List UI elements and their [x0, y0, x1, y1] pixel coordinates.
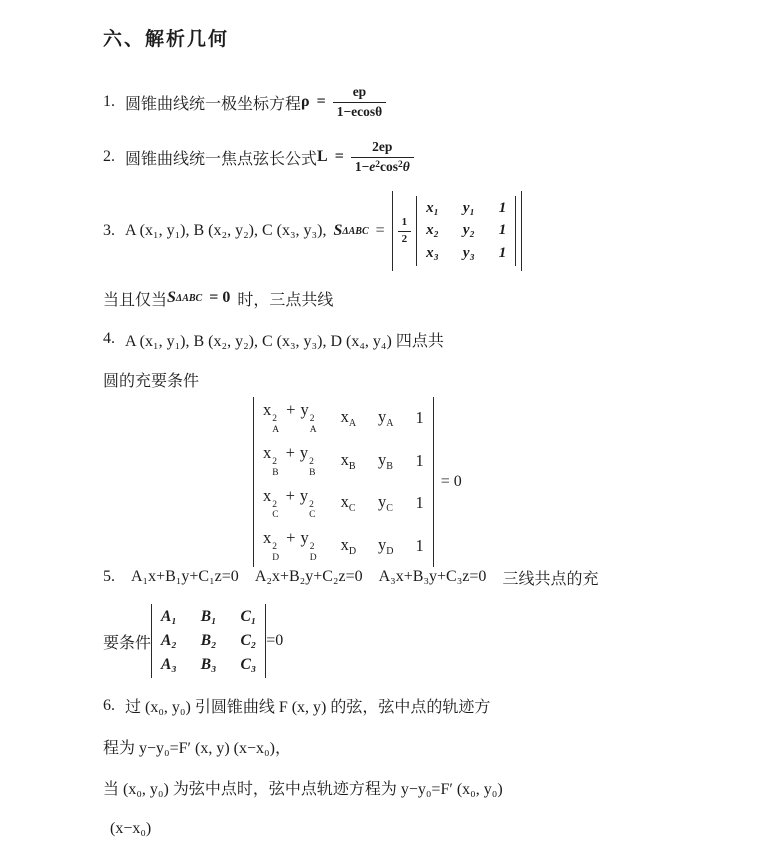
- exponent: 2: [310, 414, 315, 425]
- area-symbol: S: [167, 289, 176, 307]
- document-page: 六、解析几何 1. 圆锥曲线统一极坐标方程 ρ = ep 1−ecosθ 2. …: [0, 0, 771, 846]
- den-theta: θ: [403, 159, 410, 174]
- equals-zero: =0: [266, 632, 283, 650]
- exponent: 2: [309, 457, 314, 468]
- point-sub: D: [272, 553, 279, 564]
- var-x: x: [263, 528, 271, 547]
- item-6-line3: 当 (x₀, y₀) 为弦中点时，弦中点轨迹方程为 y−y₀=F′ (x₀, y…: [103, 767, 725, 808]
- fraction-denominator: 1−e2cos2θ: [351, 157, 414, 175]
- point-sub: A: [349, 418, 356, 429]
- matrix-3x3: x₁y₁1 x₂y₂1 x₃y₃1: [426, 199, 506, 264]
- sup-sub: 2B: [309, 457, 315, 479]
- exponent: 2: [272, 457, 277, 468]
- determinant-3x3: x₁y₁1 x₂y₂1 x₃y₃1: [416, 196, 516, 267]
- matrix-cell: 1: [416, 408, 424, 428]
- var-y: y: [300, 400, 308, 419]
- line-equation-2: A₂x+B₂y+C₂z=0: [255, 568, 363, 586]
- matrix-cell: C₁: [241, 607, 257, 627]
- matrix-cell: x2B+y2B: [263, 443, 319, 479]
- item-3: 3. A (x₁, y₁), B (x₂, y₂), C (x₃, y₃), S…: [103, 185, 725, 277]
- matrix-cell: B₃: [201, 655, 217, 675]
- determinant-4x4: x2A+y2A xA yA 1 x2B+y2B xB yB 1 x2C+y2C …: [253, 397, 434, 567]
- matrix-4x4: x2A+y2A xA yA 1 x2B+y2B xB yB 1 x2C+y2C …: [263, 400, 424, 564]
- matrix-cell: xC: [341, 492, 356, 514]
- var-x: x: [341, 535, 349, 554]
- absolute-value-group: 1 2 x₁y₁1 x₂y₂1 x₃y₃1: [392, 191, 523, 272]
- exponent: 2: [272, 542, 277, 553]
- area-subscript: ΔABC: [342, 226, 368, 237]
- item-5-prefix: 要条件: [103, 630, 151, 653]
- item-2-symbol: L: [317, 148, 328, 166]
- item-2: 2. 圆锥曲线统一焦点弦长公式 L = 2ep 1−e2cos2θ: [103, 129, 725, 185]
- matrix-cell: yD: [378, 535, 393, 557]
- matrix-cell: A₃: [161, 655, 177, 675]
- concurrent-condition-block: 要条件 A₁B₁C₁ A₂B₂C₂ A₃B₃C₃ =0: [103, 597, 725, 685]
- fraction-denominator: 1−ecosθ: [333, 102, 386, 120]
- sup-sub: 2B: [272, 457, 278, 479]
- area-subscript: ΔABC: [176, 293, 202, 304]
- item-2-fraction: 2ep 1−e2cos2θ: [351, 139, 414, 174]
- item-6-line1: 6. 过 (x₀, y₀) 引圆锥曲线 F (x, y) 的弦，弦中点的轨迹方: [103, 685, 725, 726]
- item-2-number: 2.: [103, 148, 115, 166]
- item-1-fraction: ep 1−ecosθ: [333, 84, 386, 119]
- item-4-points: A (x₁, y₁), B (x₂, y₂), C (x₃, y₃), D (x…: [125, 328, 444, 351]
- matrix-cell: x2A+y2A: [263, 400, 319, 436]
- var-x: x: [341, 450, 349, 469]
- var-y: y: [300, 443, 308, 462]
- matrix-cell: 1: [499, 199, 507, 219]
- line-equation-3: A₃x+B₃y+C₃z=0: [379, 568, 487, 586]
- point-sub: A: [272, 425, 279, 436]
- item-4-number: 4.: [103, 330, 115, 348]
- point-sub: D: [310, 553, 317, 564]
- matrix-cell: 1: [499, 221, 507, 241]
- sup-sub: 2C: [272, 500, 278, 522]
- collinear-condition: 当且仅当SΔABC= 0时，三点共线: [103, 277, 725, 319]
- matrix-cell: yC: [378, 492, 393, 514]
- equals-zero: = 0: [209, 289, 230, 307]
- matrix-3x3: A₁B₁C₁ A₂B₂C₂ A₃B₃C₃: [161, 607, 256, 675]
- plus-sign: +: [286, 443, 295, 462]
- point-sub: D: [349, 546, 356, 557]
- item-4-text: 圆的充要条件: [103, 368, 199, 391]
- sup-sub: 2C: [309, 500, 315, 522]
- item-5-suffix: 三线共点的充: [502, 566, 598, 589]
- concyclic-determinant-block: x2A+y2A xA yA 1 x2B+y2B xB yB 1 x2C+y2C …: [253, 407, 725, 557]
- item-3-number: 3.: [103, 222, 115, 240]
- var-y: y: [300, 528, 308, 547]
- plus-sign: +: [286, 528, 295, 547]
- var-x: x: [341, 492, 349, 511]
- half-numerator: 1: [398, 216, 412, 230]
- matrix-cell: y₃: [463, 244, 475, 264]
- point-sub: A: [386, 418, 393, 429]
- item-1-equals: =: [317, 93, 326, 111]
- section-heading: 六、解析几何: [103, 24, 725, 51]
- fraction-numerator: ep: [333, 84, 386, 101]
- matrix-cell: yA: [378, 407, 393, 429]
- var-x: x: [263, 486, 271, 505]
- item-1-text: 圆锥曲线统一极坐标方程: [125, 91, 301, 114]
- point-sub: C: [349, 503, 356, 514]
- point-sub: B: [349, 461, 356, 472]
- item-1-symbol: ρ: [301, 93, 310, 111]
- matrix-cell: x₃: [426, 244, 439, 264]
- item-6-line2: 程为 y−y₀=F′ (x, y) (x−x₀)，: [103, 726, 725, 767]
- sup-sub: 2A: [310, 414, 317, 436]
- plus-sign: +: [286, 486, 295, 505]
- exponent: 2: [272, 414, 277, 425]
- matrix-cell: x2D+y2D: [263, 528, 319, 564]
- fraction-numerator: 2ep: [351, 139, 414, 156]
- matrix-cell: y₂: [463, 221, 475, 241]
- var-x: x: [263, 443, 271, 462]
- item-6-text2: 程为 y−y₀=F′ (x, y) (x−x₀)，: [103, 735, 291, 758]
- point-sub: A: [310, 425, 317, 436]
- item-4-line1: 4. A (x₁, y₁), B (x₂, y₂), C (x₃, y₃), D…: [103, 319, 725, 359]
- matrix-cell: A₂: [161, 631, 177, 651]
- var-y: y: [300, 486, 308, 505]
- item-3-equals: =: [376, 222, 385, 240]
- den-part: 1−: [355, 159, 369, 174]
- one-half-fraction: 1 2: [398, 216, 412, 245]
- item-1-number: 1.: [103, 93, 115, 111]
- matrix-cell: A₁: [161, 607, 177, 627]
- item-6-line4: (x−x₀): [103, 808, 725, 846]
- exponent: 2: [272, 500, 277, 511]
- matrix-cell: 1: [416, 536, 424, 556]
- matrix-cell: yB: [378, 450, 393, 472]
- matrix-cell: x₁: [426, 199, 439, 219]
- exponent: 2: [309, 500, 314, 511]
- matrix-cell: x2C+y2C: [263, 486, 319, 522]
- point-sub: D: [386, 546, 393, 557]
- condition-suffix: 时，三点共线: [237, 287, 333, 310]
- item-5-number: 5.: [103, 568, 115, 586]
- item-3-points: A (x₁, y₁), B (x₂, y₂), C (x₃, y₃),: [125, 222, 326, 240]
- matrix-cell: xA: [341, 407, 356, 429]
- matrix-cell: xD: [341, 535, 356, 557]
- plus-sign: +: [286, 400, 295, 419]
- point-sub: C: [309, 510, 315, 521]
- matrix-cell: B₁: [201, 607, 217, 627]
- matrix-cell: xB: [341, 450, 356, 472]
- matrix-cell: B₂: [201, 631, 217, 651]
- item-4-line2: 圆的充要条件: [103, 359, 725, 399]
- matrix-cell: 1: [416, 451, 424, 471]
- point-sub: B: [272, 468, 278, 479]
- equals-zero: = 0: [441, 473, 462, 491]
- exponent: 2: [310, 542, 315, 553]
- line-equation-1: A₁x+B₁y+C₁z=0: [131, 568, 239, 586]
- item-2-equals: =: [335, 148, 344, 166]
- den-cos: cos: [380, 159, 398, 174]
- item-6-number: 6.: [103, 697, 115, 715]
- point-sub: B: [309, 468, 315, 479]
- point-sub: C: [272, 510, 278, 521]
- condition-prefix: 当且仅当: [103, 287, 167, 310]
- matrix-cell: 1: [416, 493, 424, 513]
- matrix-cell: 1: [499, 244, 507, 264]
- determinant-coeff-3x3: A₁B₁C₁ A₂B₂C₂ A₃B₃C₃: [151, 604, 266, 678]
- sup-sub: 2D: [272, 542, 279, 564]
- sup-sub: 2D: [310, 542, 317, 564]
- var-x: x: [341, 407, 349, 426]
- matrix-cell: y₁: [463, 199, 475, 219]
- item-6-text4: (x−x₀): [110, 820, 151, 838]
- point-sub: C: [386, 503, 393, 514]
- var-x: x: [263, 400, 271, 419]
- point-sub: B: [386, 461, 393, 472]
- item-1: 1. 圆锥曲线统一极坐标方程 ρ = ep 1−ecosθ: [103, 75, 725, 129]
- half-denominator: 2: [398, 231, 412, 246]
- matrix-cell: C₃: [241, 655, 257, 675]
- item-6-text1: 过 (x₀, y₀) 引圆锥曲线 F (x, y) 的弦，弦中点的轨迹方: [125, 694, 490, 717]
- sup-sub: 2A: [272, 414, 279, 436]
- matrix-cell: C₂: [241, 631, 257, 651]
- item-2-text: 圆锥曲线统一焦点弦长公式: [125, 146, 317, 169]
- matrix-cell: x₂: [426, 221, 439, 241]
- item-6-text3: 当 (x₀, y₀) 为弦中点时，弦中点轨迹方程为 y−y₀=F′ (x₀, y…: [103, 776, 503, 799]
